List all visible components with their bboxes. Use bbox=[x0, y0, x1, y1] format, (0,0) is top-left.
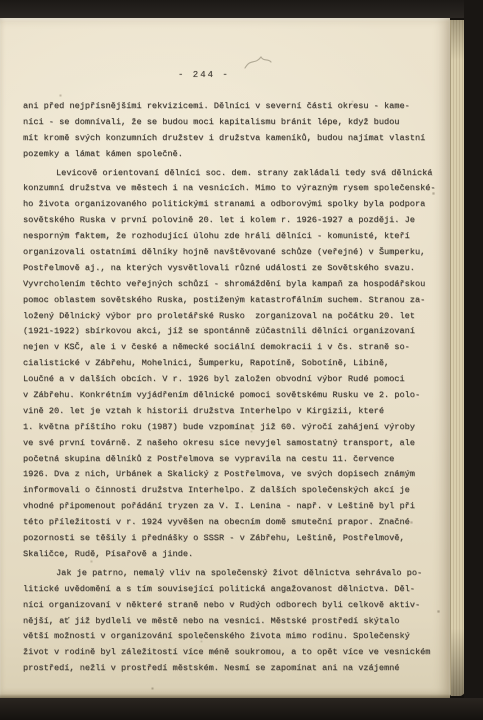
text-line: pozemky a lámat kámen společně. bbox=[23, 147, 448, 163]
text-line: níci organizovaní v některé straně nebo … bbox=[23, 598, 448, 614]
text-line: (1921-1922) sbírkovou akci, jíž se spont… bbox=[23, 324, 448, 340]
text-line: Skaličce, Rudě, Písařově a jinde. bbox=[23, 547, 448, 563]
paper-specks bbox=[0, 0, 1, 1]
text-line: litické uvědomění a s tím související po… bbox=[23, 582, 448, 598]
photo-black-border-top bbox=[0, 0, 483, 18]
text-line: Levicově orientovaní dělníci soc. dem. s… bbox=[23, 166, 448, 182]
text-line: 1926. Dva z nich, Urbánek a Skalický z P… bbox=[23, 467, 448, 483]
page-number: - 244 - bbox=[178, 70, 230, 80]
text-line: ložený Dělnický výbor pro proletářské Ru… bbox=[23, 309, 448, 325]
pencil-squiggle-mark bbox=[242, 53, 274, 73]
paragraph: Levicově orientovaní dělníci soc. dem. s… bbox=[23, 166, 448, 563]
text-line: sovětského Ruska v první polovině 20. le… bbox=[23, 213, 448, 229]
text-line: nesporným faktem, že rozhodující úlohu z… bbox=[23, 229, 448, 245]
text-line: mít kromě svých konzumních družstev i dr… bbox=[23, 131, 448, 147]
text-line: Postřelmově aj., na kterých vysvětlovali… bbox=[23, 261, 448, 277]
text-line: cialistické v Zábřehu, Mohelnici, Šumper… bbox=[23, 356, 448, 372]
text-line: nejen v KSČ, ale i v české a německé soc… bbox=[23, 340, 448, 356]
text-line: informovali o činnosti družstva Interhel… bbox=[23, 483, 448, 499]
text-line: v Zábřehu. Konkrétním vyjádřením dělnick… bbox=[23, 388, 448, 404]
text-line: Jak je patrno, nemalý vliv na společensk… bbox=[23, 566, 448, 582]
text-line: konzumní družstva ve městech i na vesnic… bbox=[23, 181, 448, 197]
text-line: 1. května příštího roku (1987) bude vzpo… bbox=[23, 420, 448, 436]
text-line: vhodné připomenout pořádání tryzen za V.… bbox=[23, 499, 448, 515]
paragraph: ani před nejpřísnějšími rekvizicemi. Děl… bbox=[23, 99, 448, 163]
text-line: nější, ať již bydleli ve městě nebo na v… bbox=[23, 614, 448, 630]
text-line: početná skupina dělníků z Postřelmova se… bbox=[23, 452, 448, 468]
photo-black-border-right bbox=[464, 0, 483, 720]
text-line: této příležitosti v r. 1924 vyvěšen na o… bbox=[23, 515, 448, 531]
text-line: Loučné a v dalších obcích. V r. 1926 byl… bbox=[23, 372, 448, 388]
text-line: pozornosti se těšily i přednášky o SSSR … bbox=[23, 531, 448, 547]
text-block: ani před nejpřísnějšími rekvizicemi. Děl… bbox=[23, 99, 448, 677]
text-line: ve své první továrně. Z našeho okresu si… bbox=[23, 436, 448, 452]
paragraph: Jak je patrno, nemalý vliv na společensk… bbox=[23, 566, 448, 677]
text-line: Vyvrcholením těchto veřejných schůzí - s… bbox=[23, 277, 448, 293]
text-line: život v rodině byl záležitostí více méně… bbox=[23, 645, 448, 661]
text-line: pomoc oblastem sovětského Ruska, postiže… bbox=[23, 293, 448, 309]
text-line: ho života organizovaného politickými str… bbox=[23, 197, 448, 213]
text-line: větší možnosti v organizování společensk… bbox=[23, 629, 448, 645]
text-line: vině 20. let je vztah k historii družstv… bbox=[23, 404, 448, 420]
text-line: prostředí, nežli v prostředí městském. N… bbox=[23, 661, 448, 677]
text-line: organizovali ostatními dělníky hojně nav… bbox=[23, 245, 448, 261]
text-line: ani před nejpřísnějšími rekvizicemi. Děl… bbox=[23, 99, 448, 115]
photo-black-border-bottom bbox=[0, 698, 483, 720]
text-line: níci - se domnívali, že se budou moci ka… bbox=[23, 115, 448, 131]
book-fore-edge bbox=[450, 20, 465, 696]
